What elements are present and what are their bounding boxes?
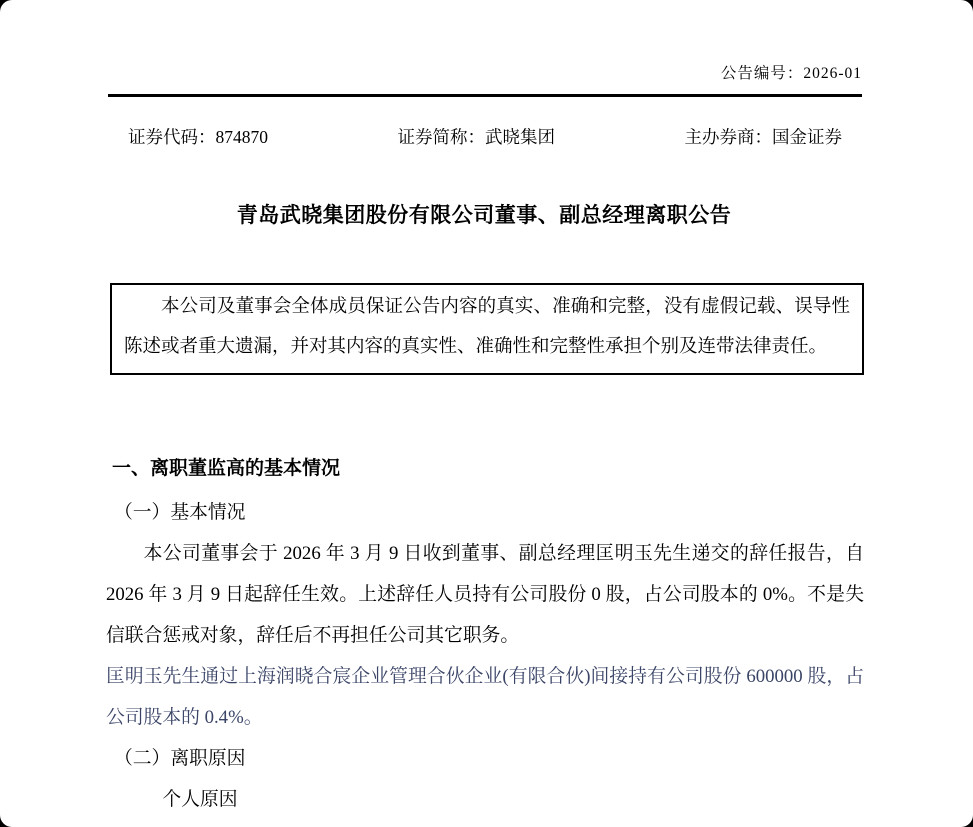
securities-header-row: 证券代码：874870 证券简称：武晓集团 主办券商：国金证券 [106,124,862,149]
announcement-page: 公告编号：2026-01 证券代码：874870 证券简称：武晓集团 主办券商：… [0,0,973,827]
subsection-heading-basic: （一）基本情况 [114,492,864,533]
stock-abbreviation: 证券简称：武晓集团 [398,124,556,149]
announcement-number: 公告编号：2026-01 [721,61,862,83]
disclaimer-text: 本公司及董事会全体成员保证公告内容的真实、准确和完整，没有虚假记载、误导性陈述或… [124,287,850,367]
stock-code: 证券代码：874870 [128,124,268,149]
paragraph-indirect-holding: 匡明玉先生通过上海润晓合宸企业管理合伙企业(有限合伙)间接持有公司股份 6000… [106,656,864,738]
paragraph-personal-reason: 个人原因 [106,779,864,820]
lead-broker: 主办券商：国金证券 [685,124,843,149]
header-divider [108,94,862,97]
document-title: 青岛武晓集团股份有限公司董事、副总经理离职公告 [106,199,862,229]
paragraph-resignation-details: 本公司董事会于 2026 年 3 月 9 日收到董事、副总经理匡明玉先生递交的辞… [106,533,864,656]
document-body: 一、离职董监高的基本情况 （一）基本情况 本公司董事会于 2026 年 3 月 … [106,448,864,820]
subsection-heading-reason: （二）离职原因 [114,738,864,779]
disclaimer-box: 本公司及董事会全体成员保证公告内容的真实、准确和完整，没有虚假记载、误导性陈述或… [110,283,864,375]
section-heading-basic-info: 一、离职董监高的基本情况 [112,448,864,489]
